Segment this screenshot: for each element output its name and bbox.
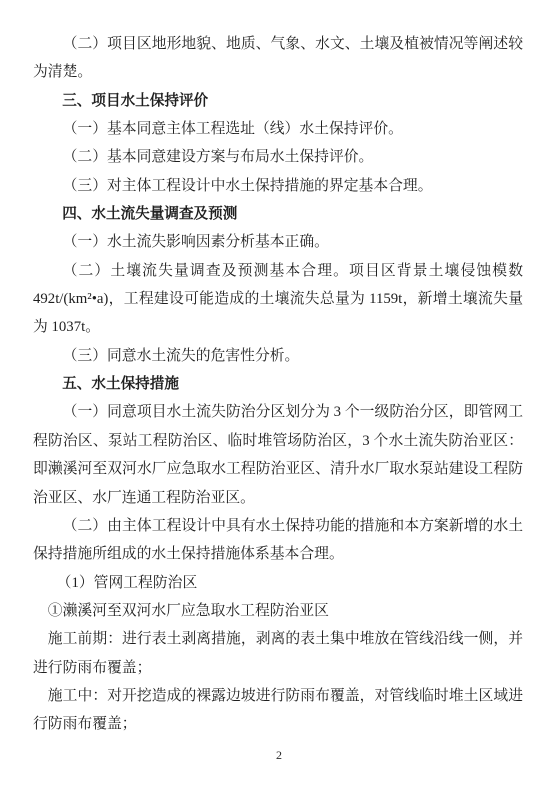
body-paragraph: （一）水土流失影响因素分析基本正确。 <box>33 228 523 256</box>
body-paragraph: （三）同意水土流失的危害性分析。 <box>33 342 523 370</box>
body-paragraph: （一）同意项目水土流失防治分区划分为 3 个一级防治分区，即管网工程防治区、泵站… <box>33 398 523 511</box>
sub-item: ①濑溪河至双河水厂应急取水工程防治亚区 <box>33 597 523 625</box>
sub-item: 施工中：对开挖造成的裸露边坡进行防雨布覆盖，对管线临时堆土区域进行防雨布覆盖； <box>33 682 523 739</box>
section-heading: 三、项目水土保持评价 <box>33 87 523 115</box>
document-page: （二）项目区地形地貌、地质、气象、水文、土壤及植被情况等阐述较为清楚。 三、项目… <box>0 0 558 807</box>
document-body: （二）项目区地形地貌、地质、气象、水文、土壤及植被情况等阐述较为清楚。 三、项目… <box>33 30 523 739</box>
body-paragraph: （三）对主体工程设计中水土保持措施的界定基本合理。 <box>33 172 523 200</box>
page-number: 2 <box>0 748 558 763</box>
section-heading: 四、水土流失量调查及预测 <box>33 200 523 228</box>
body-paragraph: （一）基本同意主体工程选址（线）水土保持评价。 <box>33 115 523 143</box>
body-paragraph: （二）基本同意建设方案与布局水土保持评价。 <box>33 143 523 171</box>
sub-heading: （1）管网工程防治区 <box>33 569 523 597</box>
body-paragraph: （二）项目区地形地貌、地质、气象、水文、土壤及植被情况等阐述较为清楚。 <box>33 30 523 87</box>
section-heading: 五、水土保持措施 <box>33 370 523 398</box>
sub-item: 施工前期：进行表土剥离措施，剥离的表土集中堆放在管线沿线一侧，并进行防雨布覆盖； <box>33 625 523 682</box>
body-paragraph: （二）由主体工程设计中具有水土保持功能的措施和本方案新增的水土保持措施所组成的水… <box>33 512 523 569</box>
body-paragraph: （二）土壤流失量调查及预测基本合理。项目区背景土壤侵蚀模数492t/(km²•a… <box>33 257 523 342</box>
